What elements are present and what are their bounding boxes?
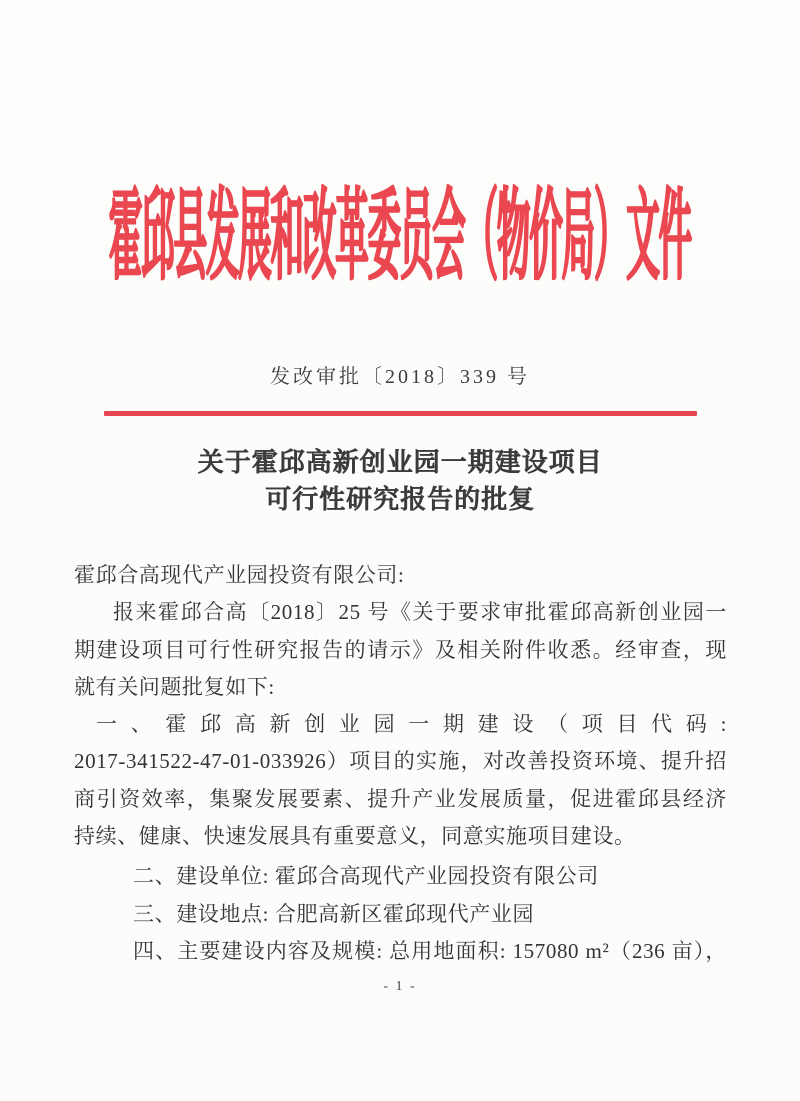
doc-number: 发改审批〔2018〕339 号	[0, 360, 800, 389]
body-line-addressee: 霍邱合高现代产业园投资有限公司:	[74, 557, 727, 594]
body-line-item1-4: 持续、健康、快速发展具有重要意义，同意实施项目建设。	[74, 818, 727, 855]
body-line-item2: 二、建设单位: 霍邱合高现代产业园投资有限公司	[74, 858, 727, 895]
body-line-item1-1: 一、霍邱高新创业园一期建设（项目代码:	[74, 706, 727, 743]
body-line-intro-3: 就有关问题批复如下:	[74, 669, 727, 706]
document-body: 霍邱合高现代产业园投资有限公司: 报来霍邱合高〔2018〕25 号《关于要求审批…	[74, 557, 727, 970]
body-line-item3: 三、建设地点: 合肥高新区霍邱现代产业园	[74, 896, 727, 933]
red-divider-line	[104, 411, 697, 416]
body-line-item4: 四、主要建设内容及规模: 总用地面积: 157080 m²（236 亩），	[74, 933, 727, 970]
agency-header: 霍邱县发展和改革委员会（物价局）文件	[0, 189, 800, 292]
document-title-line2: 可行性研究报告的批复	[0, 481, 800, 518]
body-line-item1-3: 商引资效率，集聚发展要素、提升产业发展质量，促进霍邱县经济	[74, 781, 727, 818]
document-title-line1: 关于霍邱高新创业园一期建设项目	[0, 444, 800, 481]
agency-header-text: 霍邱县发展和改革委员会（物价局）文件	[109, 190, 691, 290]
body-line-intro-1: 报来霍邱合高〔2018〕25 号《关于要求审批霍邱高新创业园一	[74, 594, 727, 631]
document-title: 关于霍邱高新创业园一期建设项目 可行性研究报告的批复	[0, 444, 800, 518]
document-page: 霍邱县发展和改革委员会（物价局）文件 发改审批〔2018〕339 号 关于霍邱高…	[0, 0, 800, 1101]
page-number: - 1 -	[0, 979, 800, 995]
body-line-item1-2: 2017-341522-47-01-033926）项目的实施，对改善投资环境、提…	[74, 743, 727, 780]
body-line-intro-2: 期建设项目可行性研究报告的请示》及相关附件收悉。经审查，现	[74, 632, 727, 669]
